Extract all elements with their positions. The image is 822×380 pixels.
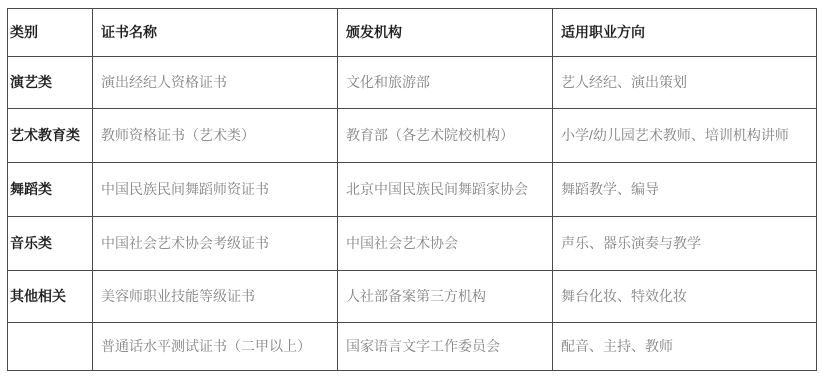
- table-cell: 中国社会艺术协会考级证书: [93, 217, 338, 271]
- category-cell: 音乐类: [8, 217, 93, 271]
- category-cell: 演艺类: [8, 57, 93, 109]
- table-row: 音乐类中国社会艺术协会考级证书中国社会艺术协会声乐、器乐演奏与教学: [8, 217, 817, 271]
- table-cell: 配音、主持、教师: [553, 323, 817, 371]
- header-cell: 适用职业方向: [553, 9, 817, 57]
- table-cell: 国家语言文字工作委员会: [338, 323, 553, 371]
- table-cell: 普通话水平测试证书（二甲以上）: [93, 323, 338, 371]
- table-cell: 小学/幼儿园艺术教师、培训机构讲师: [553, 109, 817, 163]
- table-header: 类别证书名称颁发机构适用职业方向: [8, 9, 817, 57]
- table-row: 演艺类演出经纪人资格证书文化和旅游部艺人经纪、演出策划: [8, 57, 817, 109]
- category-cell: 艺术教育类: [8, 109, 93, 163]
- category-cell: [8, 323, 93, 371]
- table-cell: 人社部备案第三方机构: [338, 271, 553, 323]
- table-body: 演艺类演出经纪人资格证书文化和旅游部艺人经纪、演出策划艺术教育类教师资格证书（艺…: [8, 57, 817, 371]
- table-row: 普通话水平测试证书（二甲以上）国家语言文字工作委员会配音、主持、教师: [8, 323, 817, 371]
- table-cell: 中国民族民间舞蹈师资证书: [93, 163, 338, 217]
- table-cell: 艺人经纪、演出策划: [553, 57, 817, 109]
- table-cell: 演出经纪人资格证书: [93, 57, 338, 109]
- header-cell-category: 类别: [8, 9, 93, 57]
- table-cell: 美容师职业技能等级证书: [93, 271, 338, 323]
- table-cell: 中国社会艺术协会: [338, 217, 553, 271]
- table-cell: 声乐、器乐演奏与教学: [553, 217, 817, 271]
- table-row: 艺术教育类教师资格证书（艺术类）教育部（各艺术院校机构）小学/幼儿园艺术教师、培…: [8, 109, 817, 163]
- header-cell: 颁发机构: [338, 9, 553, 57]
- table-cell: 舞台化妆、特效化妆: [553, 271, 817, 323]
- table-cell: 教育部（各艺术院校机构）: [338, 109, 553, 163]
- certificate-table: 类别证书名称颁发机构适用职业方向 演艺类演出经纪人资格证书文化和旅游部艺人经纪、…: [7, 8, 817, 371]
- category-cell: 其他相关: [8, 271, 93, 323]
- category-cell: 舞蹈类: [8, 163, 93, 217]
- header-cell: 证书名称: [93, 9, 338, 57]
- table-row: 舞蹈类中国民族民间舞蹈师资证书北京中国民族民间舞蹈家协会舞蹈教学、编导: [8, 163, 817, 217]
- table-cell: 文化和旅游部: [338, 57, 553, 109]
- page: 类别证书名称颁发机构适用职业方向 演艺类演出经纪人资格证书文化和旅游部艺人经纪、…: [0, 0, 822, 380]
- table-cell: 教师资格证书（艺术类）: [93, 109, 338, 163]
- table-cell: 舞蹈教学、编导: [553, 163, 817, 217]
- table-cell: 北京中国民族民间舞蹈家协会: [338, 163, 553, 217]
- header-row: 类别证书名称颁发机构适用职业方向: [8, 9, 817, 57]
- table-row: 其他相关美容师职业技能等级证书人社部备案第三方机构舞台化妆、特效化妆: [8, 271, 817, 323]
